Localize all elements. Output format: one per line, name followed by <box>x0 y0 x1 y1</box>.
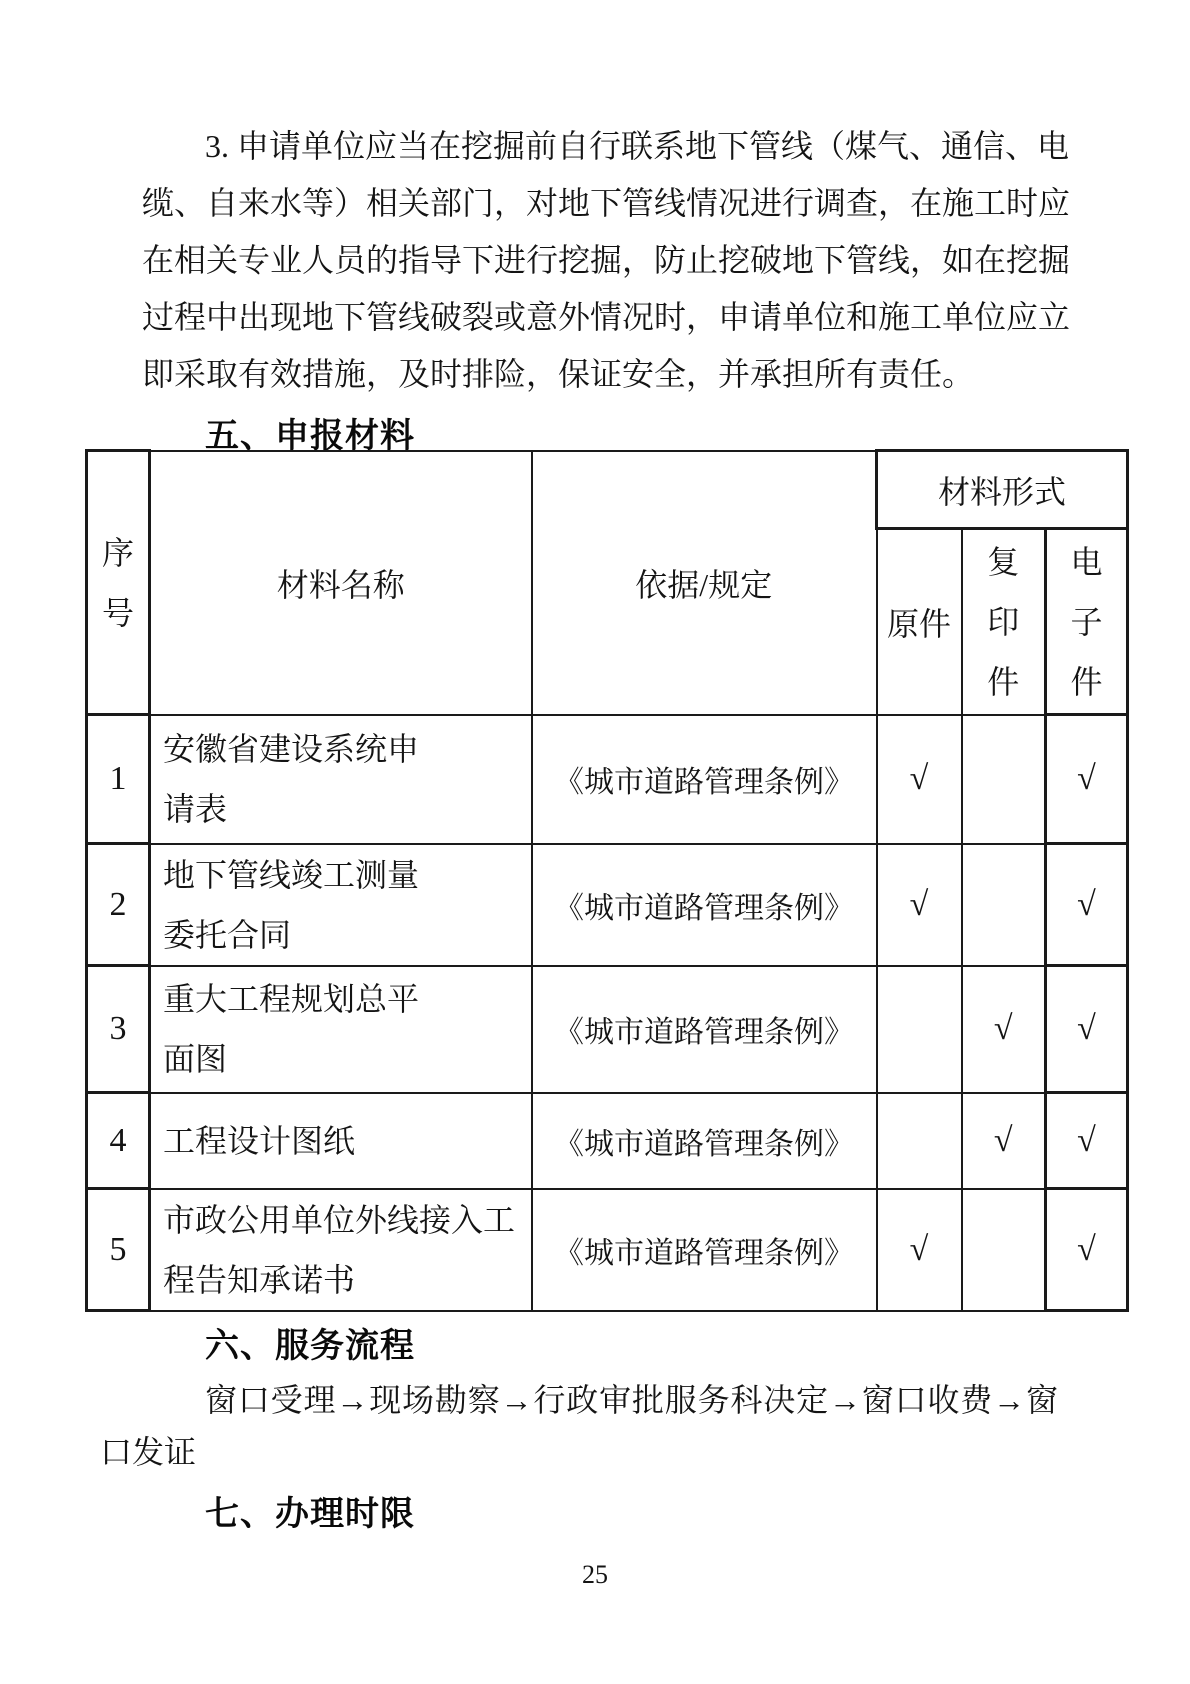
paragraph-3-line-5: 即采取有效措施，及时排险，保证安全，并承担所有责任。 <box>142 346 1058 403</box>
paragraph-3-line-4: 过程中出现地下管线破裂或意外情况时，申请单位和施工单位应立 <box>142 289 1058 346</box>
row-5-original-check: √ <box>877 1189 962 1311</box>
table-row: 4 工程设计图纸 《城市道路管理条例》 √ √ <box>87 1093 1128 1189</box>
header-basis: 依据/规定 <box>532 451 877 715</box>
row-3-basis: 《城市道路管理条例》 <box>532 966 877 1093</box>
header-seq: 序号 <box>87 451 150 715</box>
table-header-row-1: 序号 材料名称 依据/规定 材料形式 <box>87 451 1128 529</box>
row-1-electronic-check: √ <box>1046 715 1128 844</box>
row-4-seq: 4 <box>87 1093 150 1189</box>
row-1-copy-check <box>962 715 1046 844</box>
row-5-basis: 《城市道路管理条例》 <box>532 1189 877 1311</box>
paragraph-3-line-3: 在相关专业人员的指导下进行挖掘，防止挖破地下管线，如在挖掘 <box>142 232 1058 289</box>
header-material-form: 材料形式 <box>877 451 1128 529</box>
row-2-electronic-check: √ <box>1046 844 1128 966</box>
row-2-original-check: √ <box>877 844 962 966</box>
row-5-seq: 5 <box>87 1189 150 1311</box>
row-2-copy-check <box>962 844 1046 966</box>
table-row: 2 地下管线竣工测量 委托合同 《城市道路管理条例》 √ √ <box>87 844 1128 966</box>
row-3-seq: 3 <box>87 966 150 1093</box>
table-row: 5 市政公用单位外线接入工 程告知承诺书 《城市道路管理条例》 √ √ <box>87 1189 1128 1311</box>
header-copy: 复印件 <box>962 529 1046 715</box>
row-3-electronic-check: √ <box>1046 966 1128 1093</box>
row-2-basis: 《城市道路管理条例》 <box>532 844 877 966</box>
row-5-electronic-check: √ <box>1046 1189 1128 1311</box>
section-7-heading: 七、办理时限 <box>205 1486 415 1535</box>
table-row: 3 重大工程规划总平 面图 《城市道路管理条例》 √ √ <box>87 966 1128 1093</box>
row-4-basis: 《城市道路管理条例》 <box>532 1093 877 1189</box>
paragraph-3-line-2: 缆、自来水等）相关部门，对地下管线情况进行调查，在施工时应 <box>142 175 1058 232</box>
service-flow-line-2: 口发证 <box>100 1424 196 1481</box>
page-number: 25 <box>0 1560 1190 1590</box>
document-page: 3. 申请单位应当在挖掘前自行联系地下管线（煤气、通信、电 缆、自来水等）相关部… <box>0 0 1190 1684</box>
header-electronic: 电子件 <box>1046 529 1128 715</box>
row-5-material-name: 市政公用单位外线接入工 程告知承诺书 <box>150 1189 532 1311</box>
row-1-basis: 《城市道路管理条例》 <box>532 715 877 844</box>
row-3-copy-check: √ <box>962 966 1046 1093</box>
row-1-material-name: 安徽省建设系统申 请表 <box>150 715 532 844</box>
row-4-copy-check: √ <box>962 1093 1046 1189</box>
row-3-material-name: 重大工程规划总平 面图 <box>150 966 532 1093</box>
service-flow-line-1: 窗口受理→现场勘察→行政审批服务科决定→窗口收费→窗 <box>142 1372 1058 1429</box>
row-4-electronic-check: √ <box>1046 1093 1128 1189</box>
row-5-copy-check <box>962 1189 1046 1311</box>
row-2-seq: 2 <box>87 844 150 966</box>
row-4-material-name: 工程设计图纸 <box>150 1093 532 1189</box>
paragraph-3: 3. 申请单位应当在挖掘前自行联系地下管线（煤气、通信、电 缆、自来水等）相关部… <box>142 118 1058 403</box>
paragraph-3-line-1: 3. 申请单位应当在挖掘前自行联系地下管线（煤气、通信、电 <box>142 118 1058 175</box>
table-row: 1 安徽省建设系统申 请表 《城市道路管理条例》 √ √ <box>87 715 1128 844</box>
materials-table: 序号 材料名称 依据/规定 材料形式 原件 复印件 电子件 1 安徽省建设系统申… <box>85 449 1129 1312</box>
header-original: 原件 <box>877 529 962 715</box>
header-material-name: 材料名称 <box>150 451 532 715</box>
row-1-original-check: √ <box>877 715 962 844</box>
section-6-heading: 六、服务流程 <box>205 1318 415 1367</box>
row-4-original-check <box>877 1093 962 1189</box>
row-1-seq: 1 <box>87 715 150 844</box>
row-3-original-check <box>877 966 962 1093</box>
row-2-material-name: 地下管线竣工测量 委托合同 <box>150 844 532 966</box>
